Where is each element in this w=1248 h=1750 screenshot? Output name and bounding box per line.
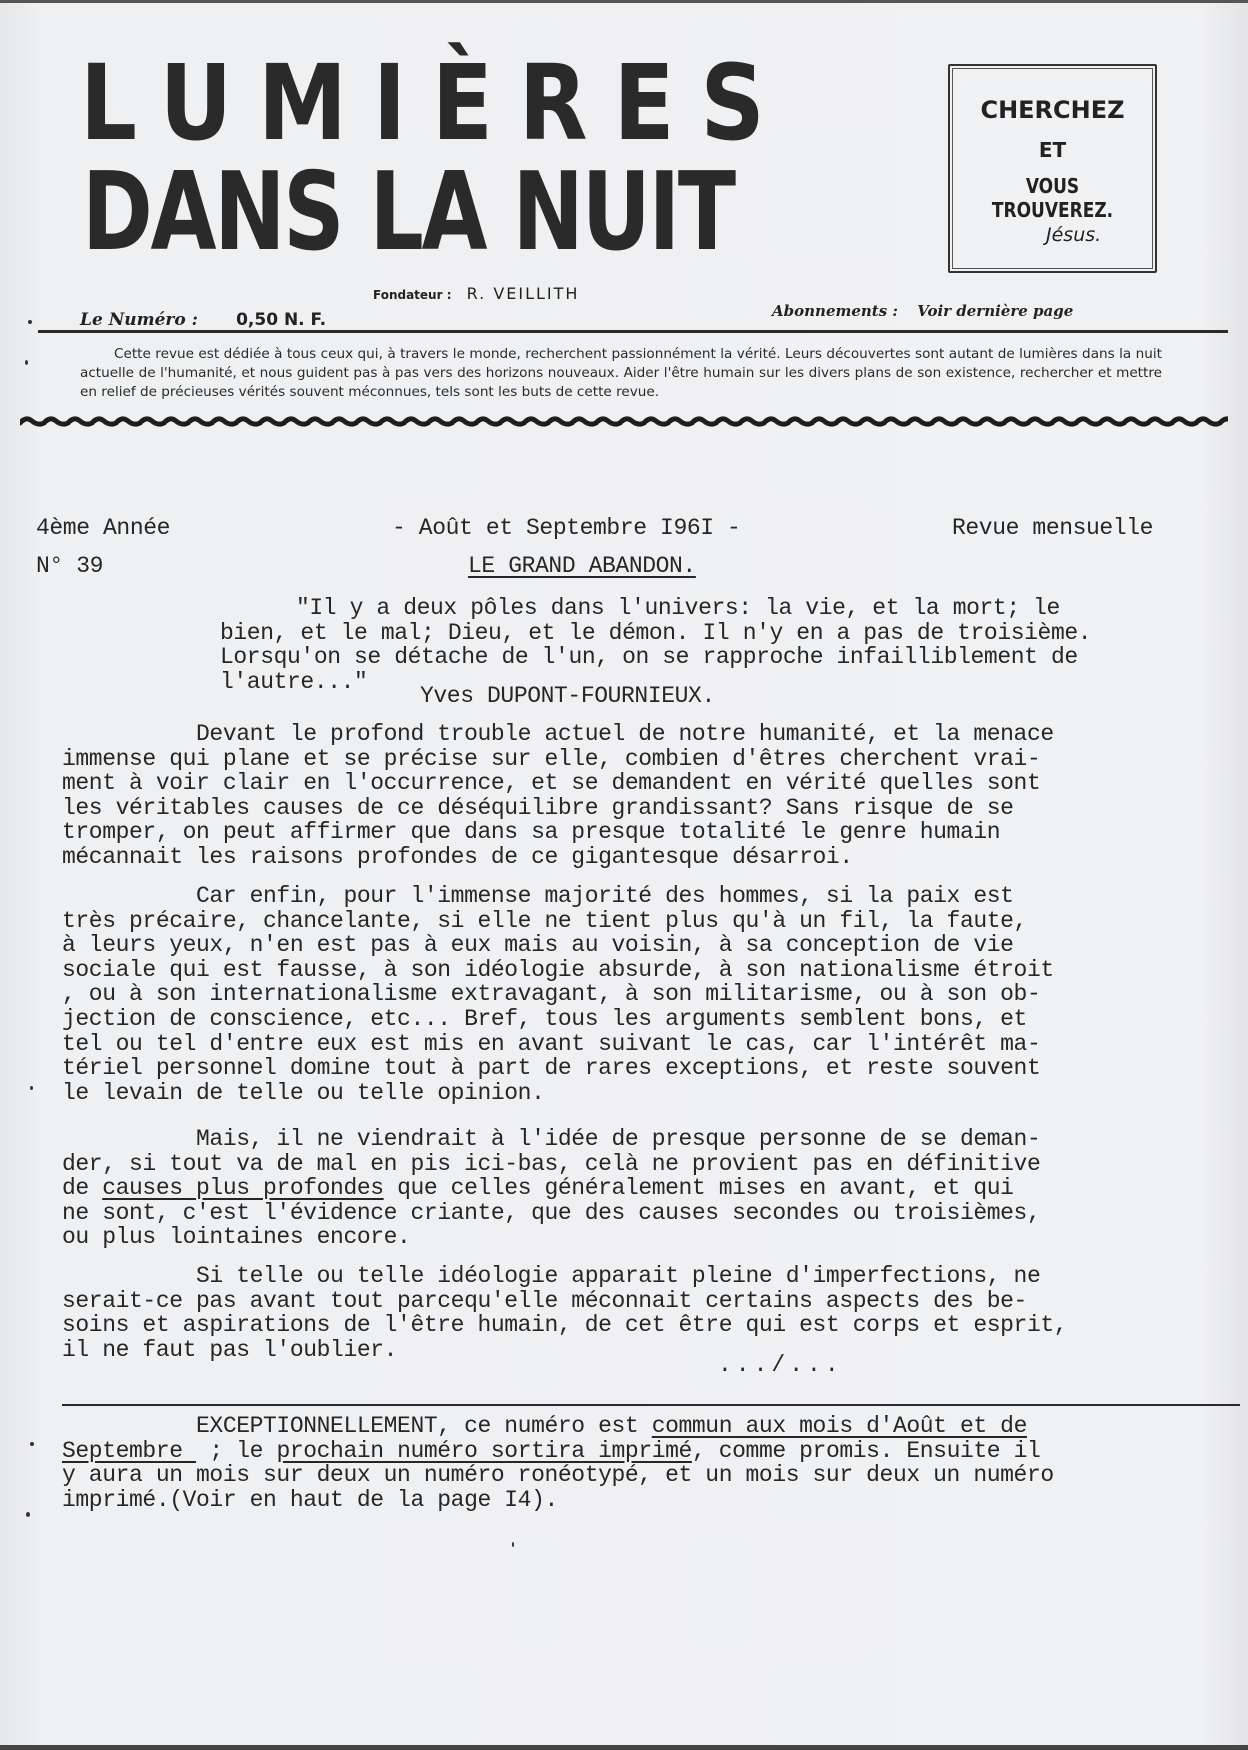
founder-credit: Fondateur : R. VEILLITH (373, 284, 579, 303)
text-line: les véritables causes de ce déséquilibre… (62, 796, 1222, 821)
text-line: ment à voir clair en l'occurrence, et se… (62, 771, 1222, 796)
article-paragraph: Mais, il ne viendrait à l'idée de presqu… (62, 1127, 1222, 1250)
text-line: ou plus lointaines encore. (62, 1225, 1222, 1250)
text-line: tromper, on peut affirmer que dans sa pr… (62, 820, 1222, 845)
notice-divider (62, 1404, 1240, 1406)
notice-block: EXCEPTIONNELLEMENT, ce numéro est commun… (62, 1414, 1240, 1512)
text-line: très précaire, chancelante, si elle ne t… (62, 909, 1222, 934)
epigraph-line: "Il y a deux pôles dans l'univers: la vi… (220, 596, 1220, 621)
text-line: le levain de telle ou telle opinion. (62, 1081, 1222, 1106)
text-line: jection de conscience, etc... Bref, tous… (62, 1007, 1222, 1032)
motto-box: CHERCHEZ ET VOUS TROUVEREZ. Jésus. (948, 64, 1157, 273)
text-line: serait-ce pas avant tout parcequ'elle mé… (62, 1289, 1222, 1314)
text-line: soins et aspirations de l'être humain, d… (62, 1313, 1222, 1338)
text-line: imprimé.(Voir en haut de la page I4). (62, 1488, 1240, 1513)
article-title: LE GRAND ABANDON. (468, 554, 696, 579)
scan-speck (28, 320, 32, 324)
scan-speck (25, 360, 28, 365)
issue-date: - Août et Septembre I96I - (392, 516, 740, 541)
text-line: Septembre ; le prochain numéro sortira i… (62, 1439, 1240, 1464)
scan-speck (30, 1086, 33, 1090)
epigraph-author: Yves DUPONT-FOURNIEUX. (420, 683, 715, 709)
price-label: Le Numéro : (80, 310, 198, 330)
wavy-divider (20, 414, 1228, 428)
founder-name: R. VEILLITH (467, 284, 580, 303)
subscriptions-label: Abonnements : (772, 302, 898, 320)
epigraph-line: l'autre..." (220, 670, 1220, 695)
epigraph-line: bien, et le mal; Dieu, et le démon. Il n… (220, 621, 1220, 646)
text-line: Devant le profond trouble actuel de notr… (62, 722, 1222, 747)
scanned-page: LUMIÈRES DANS LA NUIT CHERCHEZ ET VOUS T… (0, 0, 1248, 1750)
motto-signature: Jésus. (1046, 224, 1101, 246)
text-line: Si telle ou telle idéologie apparait ple… (62, 1264, 1222, 1289)
text-line: der, si tout va de mal en pis ici-bas, c… (62, 1152, 1222, 1177)
article-paragraph: Car enfin, pour l'immense majorité des h… (62, 884, 1222, 1105)
issue-number: N° 39 (36, 554, 103, 579)
motto-line3: VOUS TROUVEREZ. (965, 174, 1139, 222)
text-line: tel ou tel d'entre eux est mis en avant … (62, 1032, 1222, 1057)
text-line: tériel personnel domine tout à part de r… (62, 1056, 1222, 1081)
text-line: EXCEPTIONNELLEMENT, ce numéro est commun… (62, 1414, 1240, 1439)
text-line: immense qui plane et se précise sur elle… (62, 747, 1222, 772)
text-line: il ne faut pas l'oublier. (62, 1338, 1222, 1363)
motto-line2: ET (950, 138, 1155, 162)
price-line: Le Numéro : 0,50 N. F. (80, 310, 326, 331)
founder-label: Fondateur : (373, 288, 452, 302)
scan-speck (30, 1442, 34, 1446)
epigraph-line: Lorsqu'on se détache de l'un, on se rapp… (220, 645, 1220, 670)
article-paragraph: Devant le profond trouble actuel de notr… (62, 722, 1222, 870)
text-line: , ou à son internationalisme extravagant… (62, 982, 1222, 1007)
issue-year: 4ème Année (36, 516, 170, 541)
price-value: 0,50 N. F. (236, 310, 326, 330)
subscriptions-line: Abonnements : Voir dernière page (772, 302, 1073, 320)
masthead-title-line1: LUMIÈRES (80, 42, 791, 164)
epigraph: "Il y a deux pôles dans l'univers: la vi… (220, 596, 1220, 694)
scan-edge-bottom (0, 1745, 1248, 1750)
text-line: mécannait les raisons profondes de ce gi… (62, 845, 1222, 870)
text-line: sociale qui est fausse, à son idéologie … (62, 958, 1222, 983)
text-line: Mais, il ne viendrait à l'idée de presqu… (62, 1127, 1222, 1152)
subscriptions-value: Voir dernière page (917, 302, 1073, 320)
scan-speck (512, 1542, 514, 1547)
issue-periodicity: Revue mensuelle (952, 516, 1153, 541)
scan-edge-top (0, 0, 1248, 3)
continued-marker: .../... (718, 1352, 843, 1378)
text-line: y aura un mois sur deux un numéro ronéot… (62, 1463, 1240, 1488)
article-paragraph: Si telle ou telle idéologie apparait ple… (62, 1264, 1222, 1362)
mission-statement: Cette revue est dédiée à tous ceux qui, … (80, 345, 1162, 402)
text-line: ne sont, c'est l'évidence criante, que d… (62, 1201, 1222, 1226)
masthead-title-line2: DANS LA NUIT (82, 150, 734, 275)
scan-speck (26, 1512, 30, 1517)
masthead-divider (38, 330, 1228, 333)
text-line: de causes plus profondes que celles géné… (62, 1176, 1222, 1201)
text-line: à leurs yeux, n'en est pas à eux mais au… (62, 933, 1222, 958)
text-line: Car enfin, pour l'immense majorité des h… (62, 884, 1222, 909)
motto-line1: CHERCHEZ (950, 96, 1155, 124)
